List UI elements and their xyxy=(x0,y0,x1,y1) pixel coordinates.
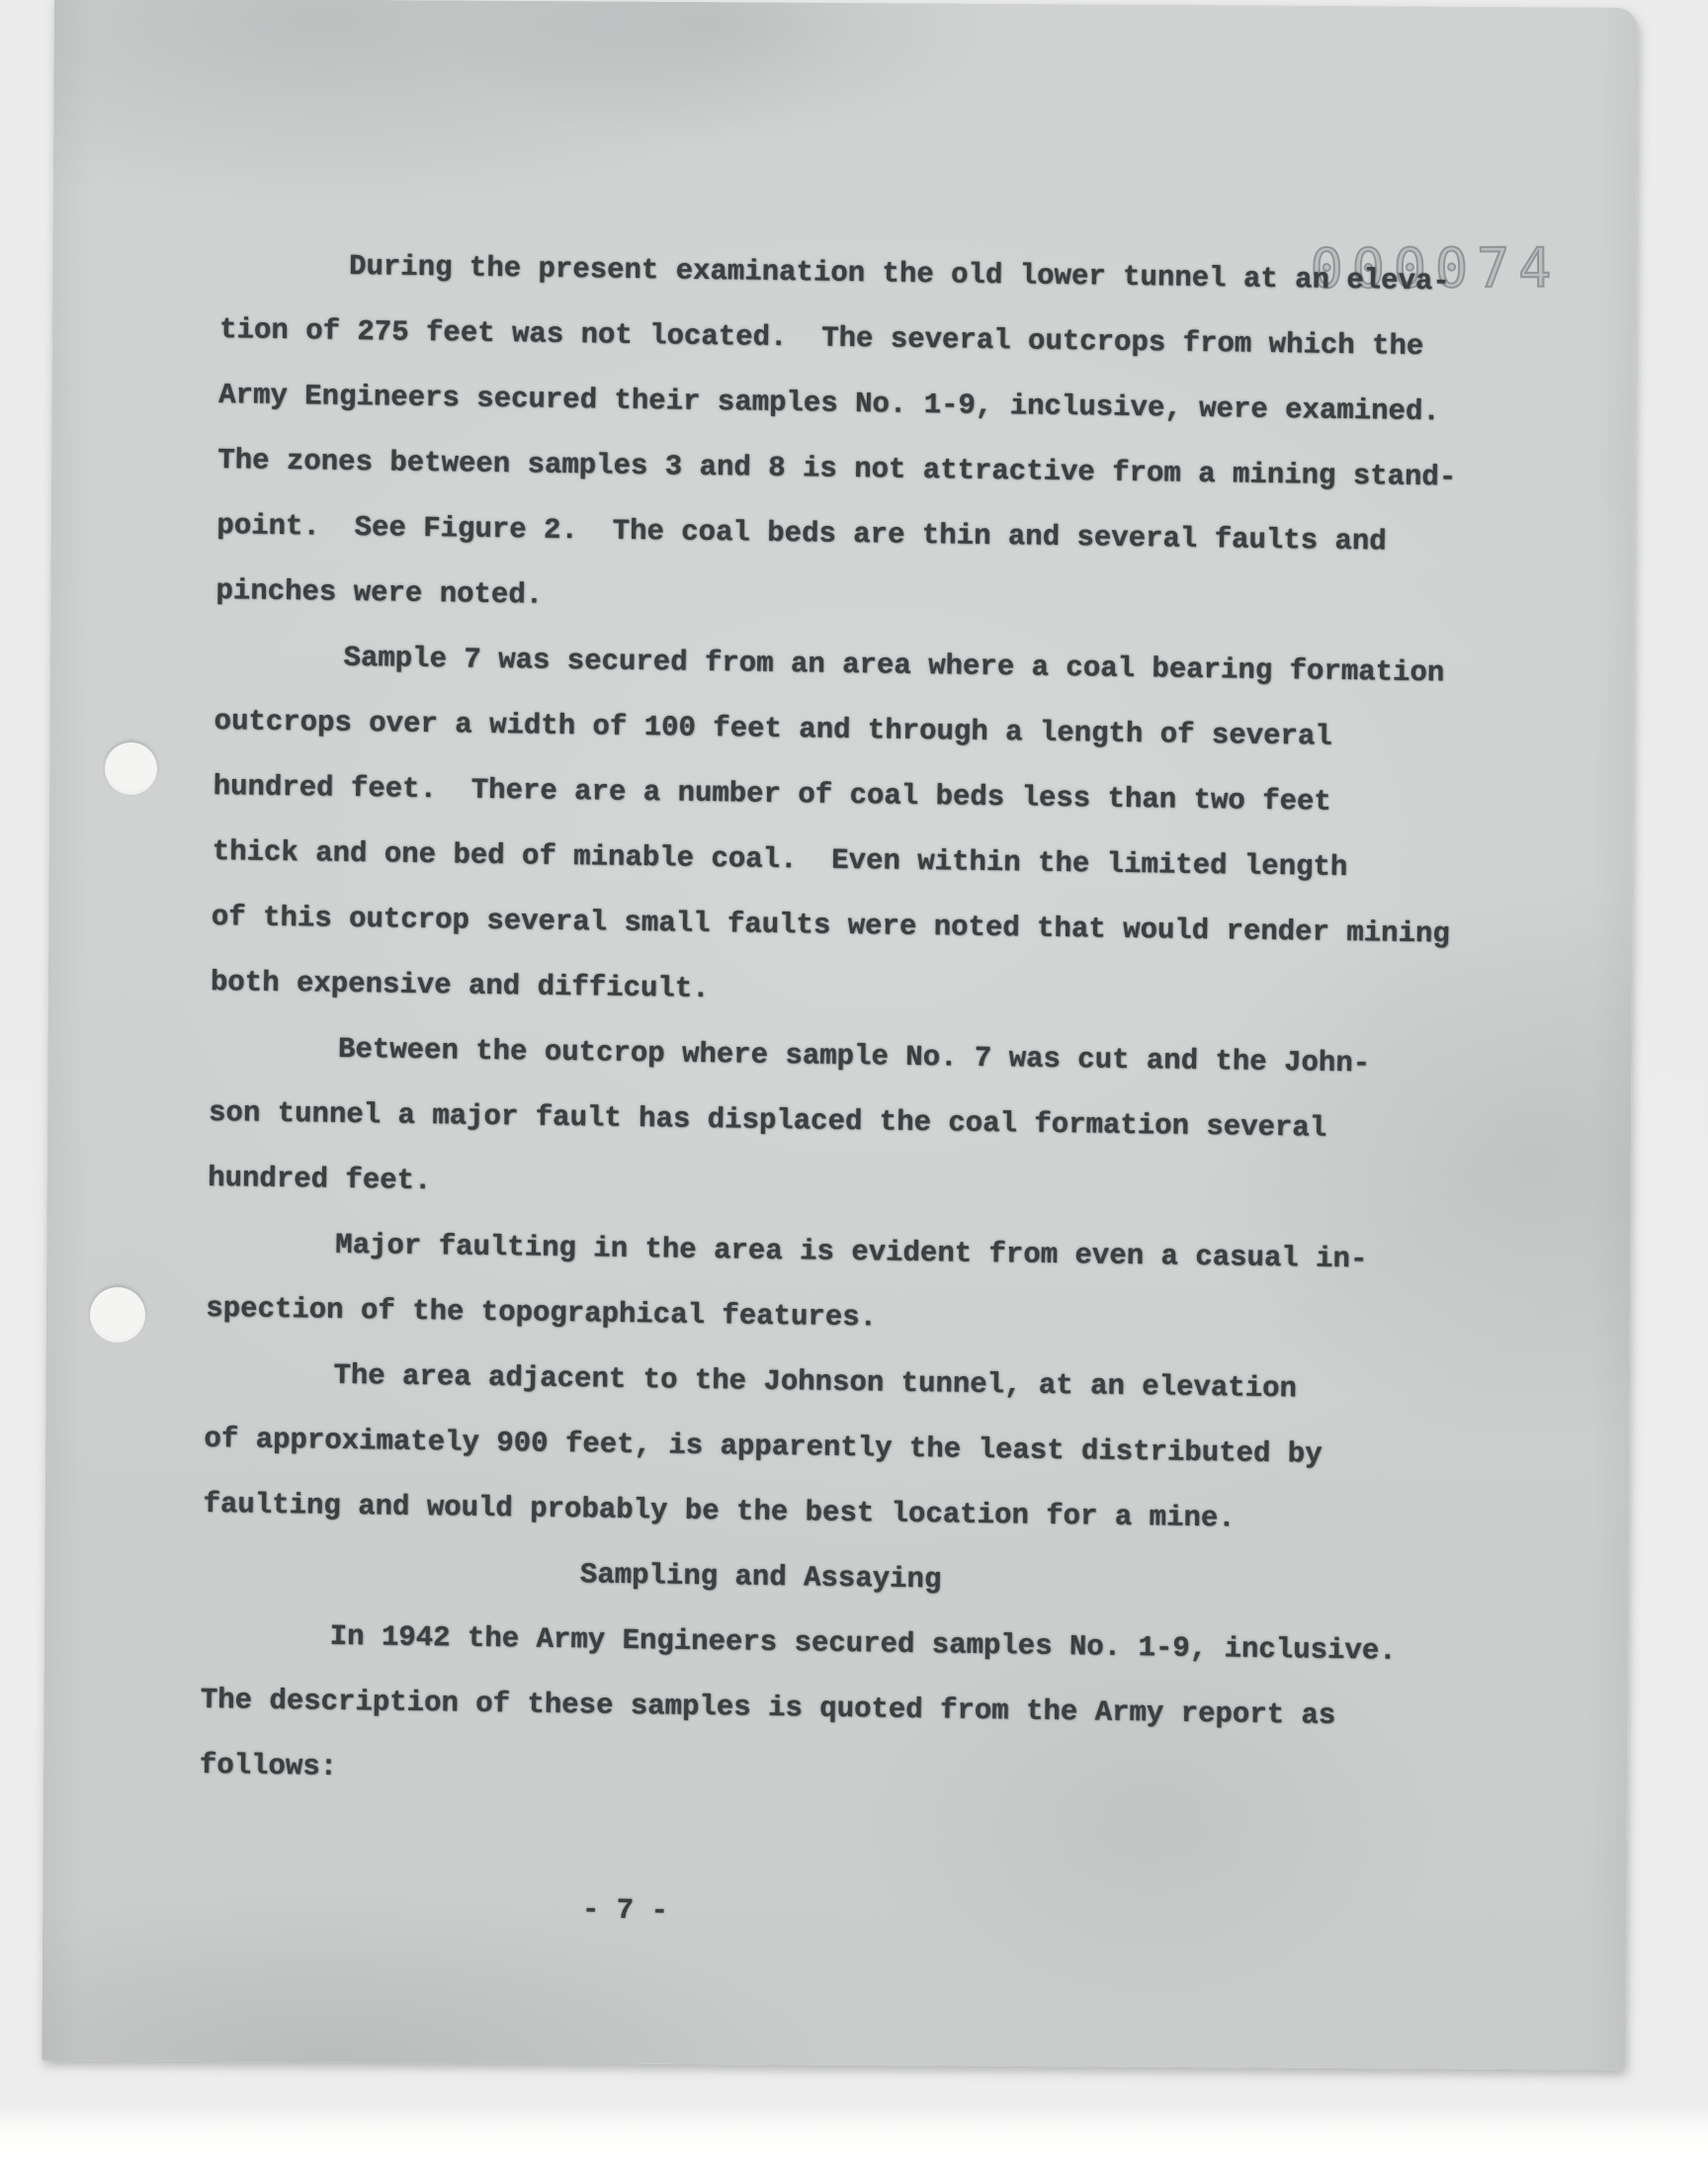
punch-hole-top xyxy=(105,742,157,795)
document-page: 000074 During the present examination th… xyxy=(42,0,1638,2070)
text-column: During the present examination the old l… xyxy=(199,232,1486,1816)
page-number: - 7 - xyxy=(581,1877,668,1944)
punch-hole-bottom xyxy=(90,1287,145,1343)
scan-background: 000074 During the present examination th… xyxy=(0,0,1708,2175)
